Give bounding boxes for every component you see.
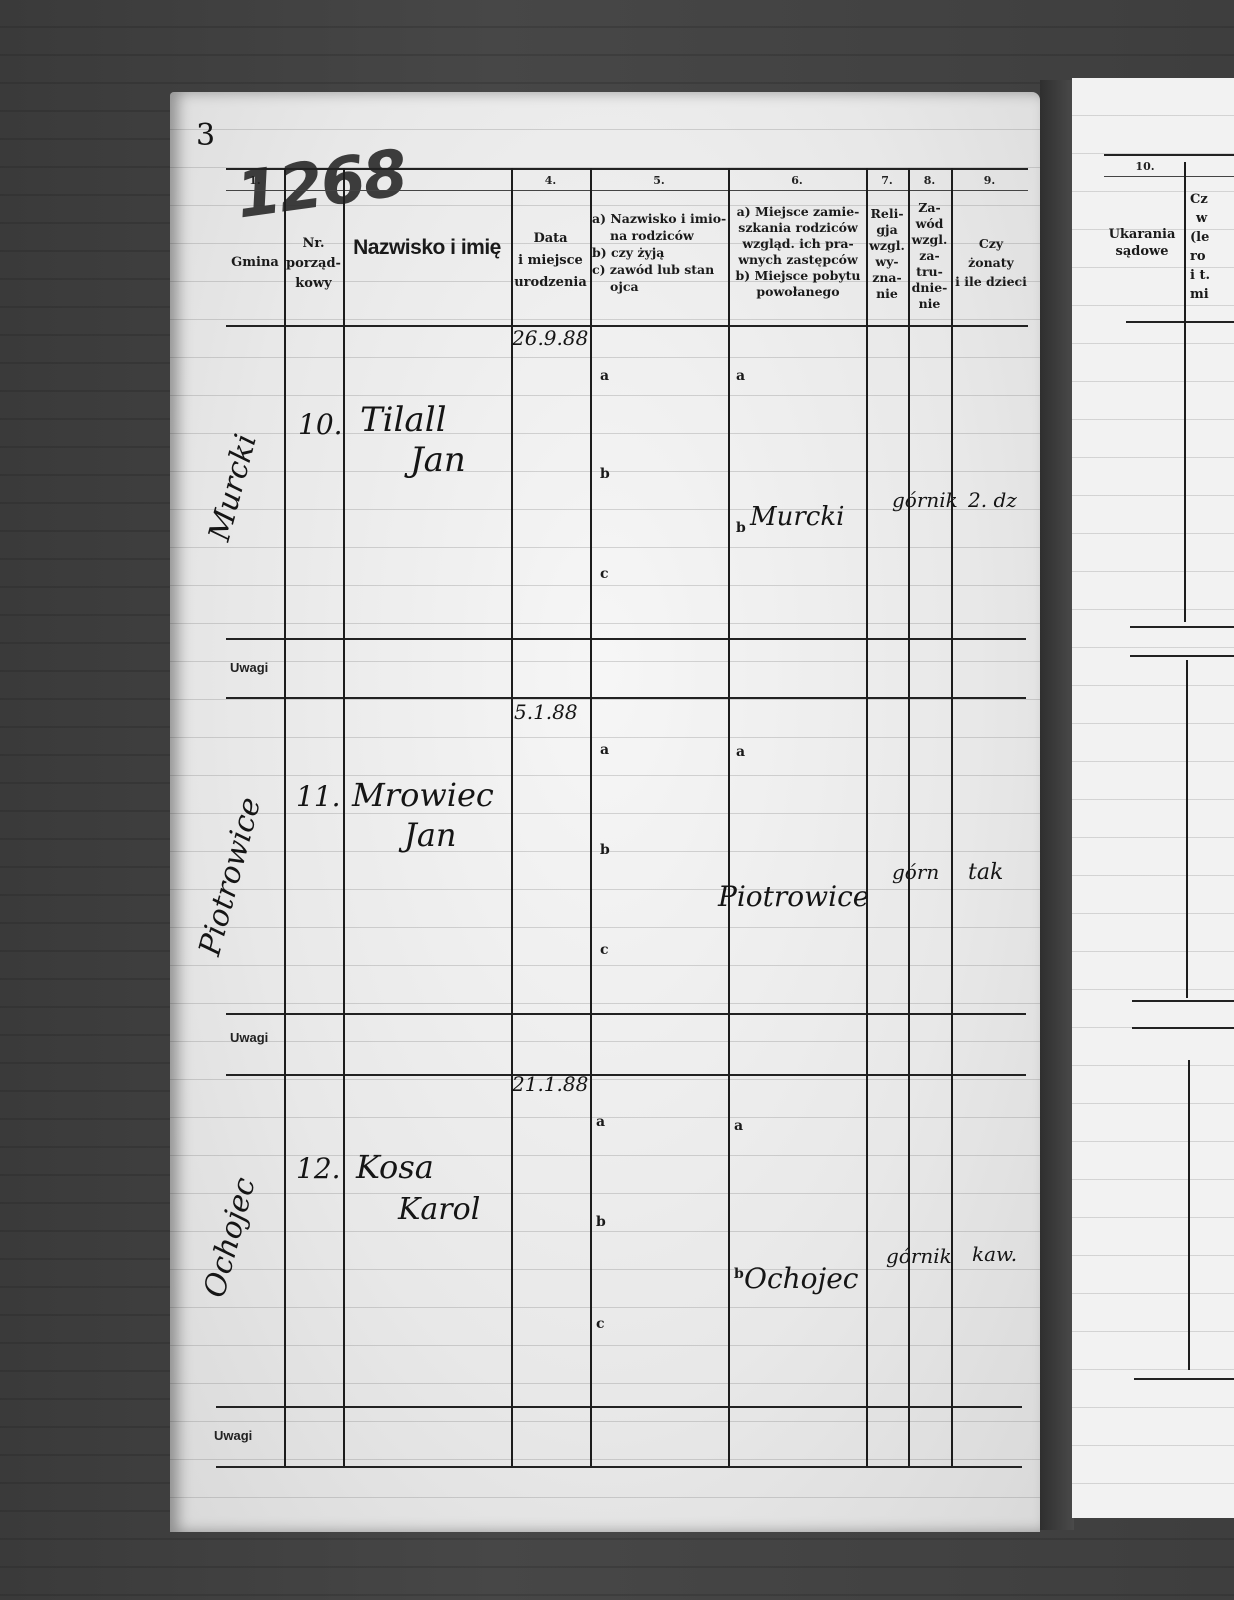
header-religion-line: gja	[866, 222, 908, 238]
entry2-residence: Piotrowice	[718, 880, 869, 913]
col-divider-7	[908, 168, 910, 1466]
col-divider-2	[343, 168, 345, 1466]
page-gutter	[1040, 80, 1074, 1530]
header-parents-line: na rodziców	[592, 227, 728, 244]
col-divider-6	[866, 168, 868, 1466]
header-religion-line: wy-	[866, 254, 908, 270]
entry3-res-a: a	[734, 1118, 743, 1134]
entry1-sub-c: c	[600, 566, 609, 582]
entry1-sub-a: a	[600, 368, 609, 384]
entry3-res-b: b	[734, 1266, 744, 1282]
header-religion-line: Reli-	[866, 206, 908, 222]
header-col11-line: w	[1190, 209, 1234, 228]
header-parents-line: c) zawód lub stan	[592, 261, 728, 278]
entry1-res-a: a	[736, 368, 745, 384]
header-birth: Data i miejsce urodzenia	[511, 228, 590, 294]
entry1-married: 2. dz	[968, 488, 1017, 512]
header-nr-line: Nr.	[284, 234, 343, 254]
header-religion-line: zna-	[866, 270, 908, 286]
right-remarks1-rule	[1130, 655, 1234, 657]
header-occupation-line: Za-	[908, 200, 951, 216]
col-divider-3	[511, 168, 513, 1466]
entry2-sub-a: a	[600, 742, 609, 758]
entry1-remarks-label: Uwagi	[230, 660, 268, 675]
header-religion-line: wzgl.	[866, 238, 908, 254]
entry3-remarks-label: Uwagi	[214, 1428, 252, 1443]
entry3-sub-a: a	[596, 1114, 605, 1130]
header-sentences-line: Ukarania	[1100, 226, 1184, 243]
entry1-bottom-rule	[226, 638, 1026, 640]
header-parents-line: ojca	[592, 278, 728, 295]
col-divider-8	[951, 168, 953, 1466]
col-num-8: 8.	[908, 174, 951, 187]
entry3-married: kaw.	[972, 1242, 1017, 1266]
right-entry3-rule	[1134, 1378, 1234, 1380]
entry2-surname: Mrowiec	[352, 776, 494, 814]
sheet-marker: 3	[196, 118, 215, 153]
right-col-divider-c	[1188, 1060, 1190, 1370]
right-remarks2-rule	[1132, 1027, 1234, 1029]
header-birth-line: Data	[511, 228, 590, 250]
entry3-occupation: górnik	[886, 1244, 952, 1268]
entry3-residence: Ochojec	[744, 1262, 858, 1295]
header-religion: Reli- gja wzgl. wy- zna- nie	[866, 206, 908, 302]
entry1-nr: 10.	[298, 408, 343, 441]
right-col-num-10: 10.	[1110, 160, 1180, 173]
header-parents-line: a) Nazwisko i imio-	[592, 210, 728, 227]
header-religion-line: nie	[866, 286, 908, 302]
header-married-line: i ile dzieci	[951, 272, 1031, 291]
header-col11-fragment: Cz w (le ro i t. mi	[1190, 190, 1234, 304]
header-residence-line: wnych zastępców	[730, 252, 866, 268]
col-divider-4	[590, 168, 592, 1466]
remarks1-bottom-rule	[226, 697, 1026, 699]
entry1-surname: Tilall	[360, 400, 446, 440]
header-parents-line: b) czy żyją	[592, 244, 728, 261]
entry3-bottom-rule	[216, 1406, 1022, 1408]
header-residence-line: a) Miejsce zamie-	[730, 204, 866, 220]
header-parents: a) Nazwisko i imio- na rodziców b) czy ż…	[592, 210, 728, 295]
entry1-sub-b: b	[600, 466, 610, 482]
header-col11-line: mi	[1190, 285, 1234, 304]
header-occupation-line: nie	[908, 296, 951, 312]
entry3-sub-c: c	[596, 1316, 605, 1332]
header-married-line: Czy	[951, 234, 1031, 253]
header-occupation-line: dnie-	[908, 280, 951, 296]
header-residence-line: powołanego	[730, 284, 866, 300]
header-residence-line: szkania rodziców	[730, 220, 866, 236]
right-header-top-rule	[1104, 154, 1234, 156]
entry2-remarks-label: Uwagi	[230, 1030, 268, 1045]
right-col-divider-b	[1186, 660, 1188, 998]
col-num-6: 6.	[728, 174, 866, 187]
entry1-occupation: górnik	[892, 488, 958, 512]
header-nr: Nr. porząd- kowy	[284, 234, 343, 294]
entry2-bottom-rule	[226, 1013, 1026, 1015]
col-divider-1	[284, 168, 286, 1466]
right-header-num-rule	[1104, 176, 1234, 177]
entry2-occupation: górn	[892, 860, 939, 884]
entry1-birthdate: 26.9.88	[512, 326, 588, 350]
col-num-4: 4.	[511, 174, 590, 187]
col-num-5: 5.	[590, 174, 728, 187]
entry3-sub-b: b	[596, 1214, 606, 1230]
col-num-9: 9.	[951, 174, 1028, 187]
entry1-firstname: Jan	[410, 440, 466, 480]
entry2-firstname: Jan	[404, 816, 457, 854]
entry2-nr: 11.	[296, 780, 341, 813]
header-col11-line: i t.	[1190, 266, 1234, 285]
right-entry1-rule	[1130, 626, 1234, 628]
header-residence-line: wzgląd. ich pra-	[730, 236, 866, 252]
entry1-residence: Murcki	[750, 502, 844, 532]
remarks3-bottom-rule	[216, 1466, 1022, 1468]
header-occupation-line: wzgl.	[908, 232, 951, 248]
header-col11-line: ro	[1190, 247, 1234, 266]
header-occupation-line: wód	[908, 216, 951, 232]
header-married: Czy żonaty i ile dzieci	[951, 234, 1031, 291]
header-occupation-line: tru-	[908, 264, 951, 280]
entry2-res-a: a	[736, 744, 745, 760]
right-header-bottom-rule	[1126, 321, 1234, 323]
header-residence: a) Miejsce zamie- szkania rodziców wzglą…	[730, 204, 866, 300]
header-col11-line: (le	[1190, 228, 1234, 247]
header-nr-line: kowy	[284, 274, 343, 294]
header-nr-line: porząd-	[284, 254, 343, 274]
header-birth-line: i miejsce	[511, 250, 590, 272]
col-num-1: 1.	[226, 174, 284, 187]
entry1-res-b: b	[736, 520, 746, 536]
header-occupation-line: za-	[908, 248, 951, 264]
header-occupation: Za- wód wzgl. za- tru- dnie- nie	[908, 200, 951, 312]
header-gmina: Gmina	[226, 255, 284, 270]
entry3-surname: Kosa	[356, 1148, 434, 1186]
header-residence-line: b) Miejsce pobytu	[730, 268, 866, 284]
entry2-married: tak	[968, 860, 1003, 885]
header-married-line: żonaty	[951, 253, 1031, 272]
header-sentences: Ukarania sądowe	[1100, 226, 1184, 260]
right-entry2-rule	[1132, 1000, 1234, 1002]
header-name: Nazwisko i imię	[343, 240, 511, 255]
entry3-firstname: Karol	[398, 1192, 480, 1227]
entry3-birthdate: 21.1.88	[512, 1072, 588, 1096]
header-sentences-line: sądowe	[1100, 243, 1184, 260]
entry2-birthdate: 5.1.88	[514, 700, 578, 724]
right-col-divider-a	[1184, 162, 1186, 622]
header-birth-line: urodzenia	[511, 272, 590, 294]
entry2-sub-b: b	[600, 842, 610, 858]
header-col11-line: Cz	[1190, 190, 1234, 209]
entry2-sub-c: c	[600, 942, 609, 958]
entry3-nr: 12.	[296, 1152, 341, 1185]
col-divider-5	[728, 168, 730, 1466]
remarks2-bottom-rule	[226, 1074, 1026, 1076]
col-num-7: 7.	[866, 174, 908, 187]
